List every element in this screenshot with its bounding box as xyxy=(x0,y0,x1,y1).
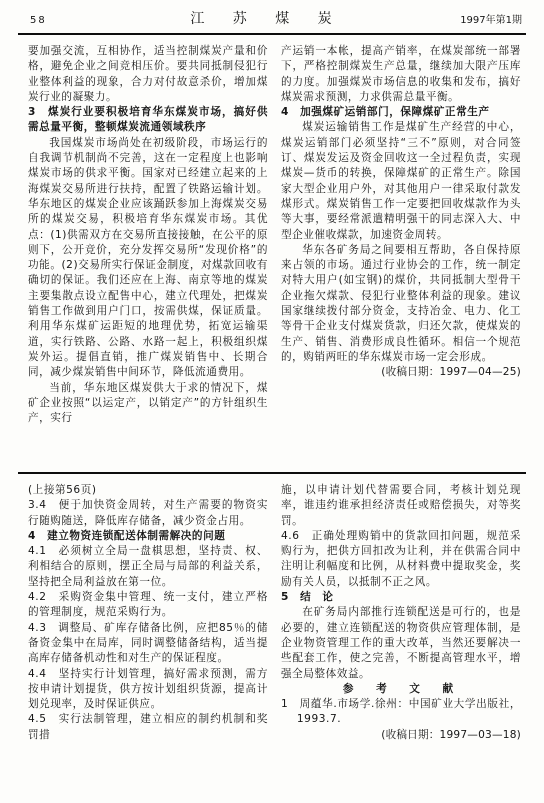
numbered-item-3-4: 3.4 便于加快资金周转，对生产需要的物资实行随购随送，降低库存储备，减少资金占… xyxy=(28,498,268,529)
paragraph: 华东各矿务局之间要相互帮助，各自保持原来占领的市场。通过行业协会的工作，统一制定… xyxy=(281,243,521,365)
numbered-item-4-1: 4.1 必须树立全局一盘棋思想，坚持责、权、利相结合的原则，摆正全局与局部的利益… xyxy=(28,544,268,590)
page-header: 58 江 苏 煤 炭 1997年第1期 xyxy=(0,0,544,31)
numbered-item-4-6: 4.6 正确处理购销中的货款回扣问题，规范采购行为，把供方回扣改为让利，并在供需… xyxy=(281,529,521,590)
references-heading: 参 考 文 献 xyxy=(281,682,521,697)
numbered-item-4-2: 4.2 采购资金集中管理、统一支付，建立严格的管理制度，规范采购行为。 xyxy=(28,590,268,621)
article-top-left-column: 要加强交流，互相协作，适当控制煤炭产量和价格，避免企业之间竞相压价。要共同抵制侵… xyxy=(28,44,268,472)
date-received: (收稿日期：1997—03—18) xyxy=(281,728,521,743)
paragraph: 我国煤炭市场尚处在初级阶段，市场运行的自我调节机制尚不完善，这在一定程度上也影响… xyxy=(28,136,268,381)
section-heading-4: 4 建立物资连锁配送体制需解决的问题 xyxy=(28,529,268,544)
continued-from-note: (上接第56页) xyxy=(28,483,268,498)
reference-item-1: 1 周蕴华.市场学.徐州：中国矿业大学出版社，1993.7. xyxy=(281,697,521,728)
article-bottom-left-column: (上接第56页) 3.4 便于加快资金周转，对生产需要的物资实行随购随送，降低库… xyxy=(28,483,268,743)
paragraph: 当前，华东地区煤炭供大于求的情况下，煤矿企业按照“以运定产，以销定产”的方针组织… xyxy=(28,381,268,427)
scanned-journal-page: 58 江 苏 煤 炭 1997年第1期 要加强交流，互相协作，适当控制煤炭产量和… xyxy=(0,0,544,803)
section-heading-5: 5 结 论 xyxy=(281,590,521,605)
article-top: 要加强交流，互相协作，适当控制煤炭产量和价格，避免企业之间竞相压价。要共同抵制侵… xyxy=(0,35,544,472)
paragraph-conclusion: 在矿务局内部推行连锁配送是可行的，也是必要的，建立连锁配送的物资供应管理体制，是… xyxy=(281,605,521,681)
numbered-item-4-5-continuation: 施，以申请计划代替需要合同，考核计划兑现率，谁违约谁承担经济责任或赔偿损失，对等… xyxy=(281,483,521,529)
numbered-item-4-3: 4.3 调整局、矿库存储备比例，应把85％的储备资金集中在局库，同时调整储备结构… xyxy=(28,621,268,667)
numbered-item-4-5: 4.5 实行法制管理，建立相应的制约机制和奖罚措 xyxy=(28,712,268,743)
date-received: (收稿日期：1997—04—25) xyxy=(281,365,521,380)
article-bottom: (上接第56页) 3.4 便于加快资金周转，对生产需要的物资实行随购随送，降低库… xyxy=(0,474,544,743)
article-bottom-right-column: 施，以申请计划代替需要合同，考核计划兑现率，谁违约谁承担经济责任或赔偿损失，对等… xyxy=(281,483,521,743)
numbered-item-4-4: 4.4 坚持实行计划管理，搞好需求预测，需方按申请计划提货，供方按计划组织货源，… xyxy=(28,667,268,713)
section-heading-3: 3 煤炭行业要积极培育华东煤炭市场，搞好供需总量平衡，整顿煤炭流通领域秩序 xyxy=(28,105,268,136)
paragraph-continuation: 要加强交流，互相协作，适当控制煤炭产量和价格，避免企业之间竞相压价。要共同抵制侵… xyxy=(28,44,268,105)
page-number: 58 xyxy=(30,15,90,26)
section-heading-4: 4 加强煤矿运销部门，保障煤矿正常生产 xyxy=(281,105,521,120)
paragraph-continuation: 产运销一本帐，提高产销率，在煤炭部统一部署下，严格控制煤炭生产总量，继续加大限产… xyxy=(281,44,521,105)
journal-title: 江 苏 煤 炭 xyxy=(90,8,432,28)
paragraph: 煤炭运输销售工作是煤矿生产经营的中心，煤炭运销部门必须坚持“三不”原则，对合同签… xyxy=(281,120,521,242)
article-top-right-column: 产运销一本帐，提高产销率，在煤炭部统一部署下，严格控制煤炭生产总量，继续加大限产… xyxy=(281,44,521,472)
issue-label: 1997年第1期 xyxy=(432,11,522,26)
